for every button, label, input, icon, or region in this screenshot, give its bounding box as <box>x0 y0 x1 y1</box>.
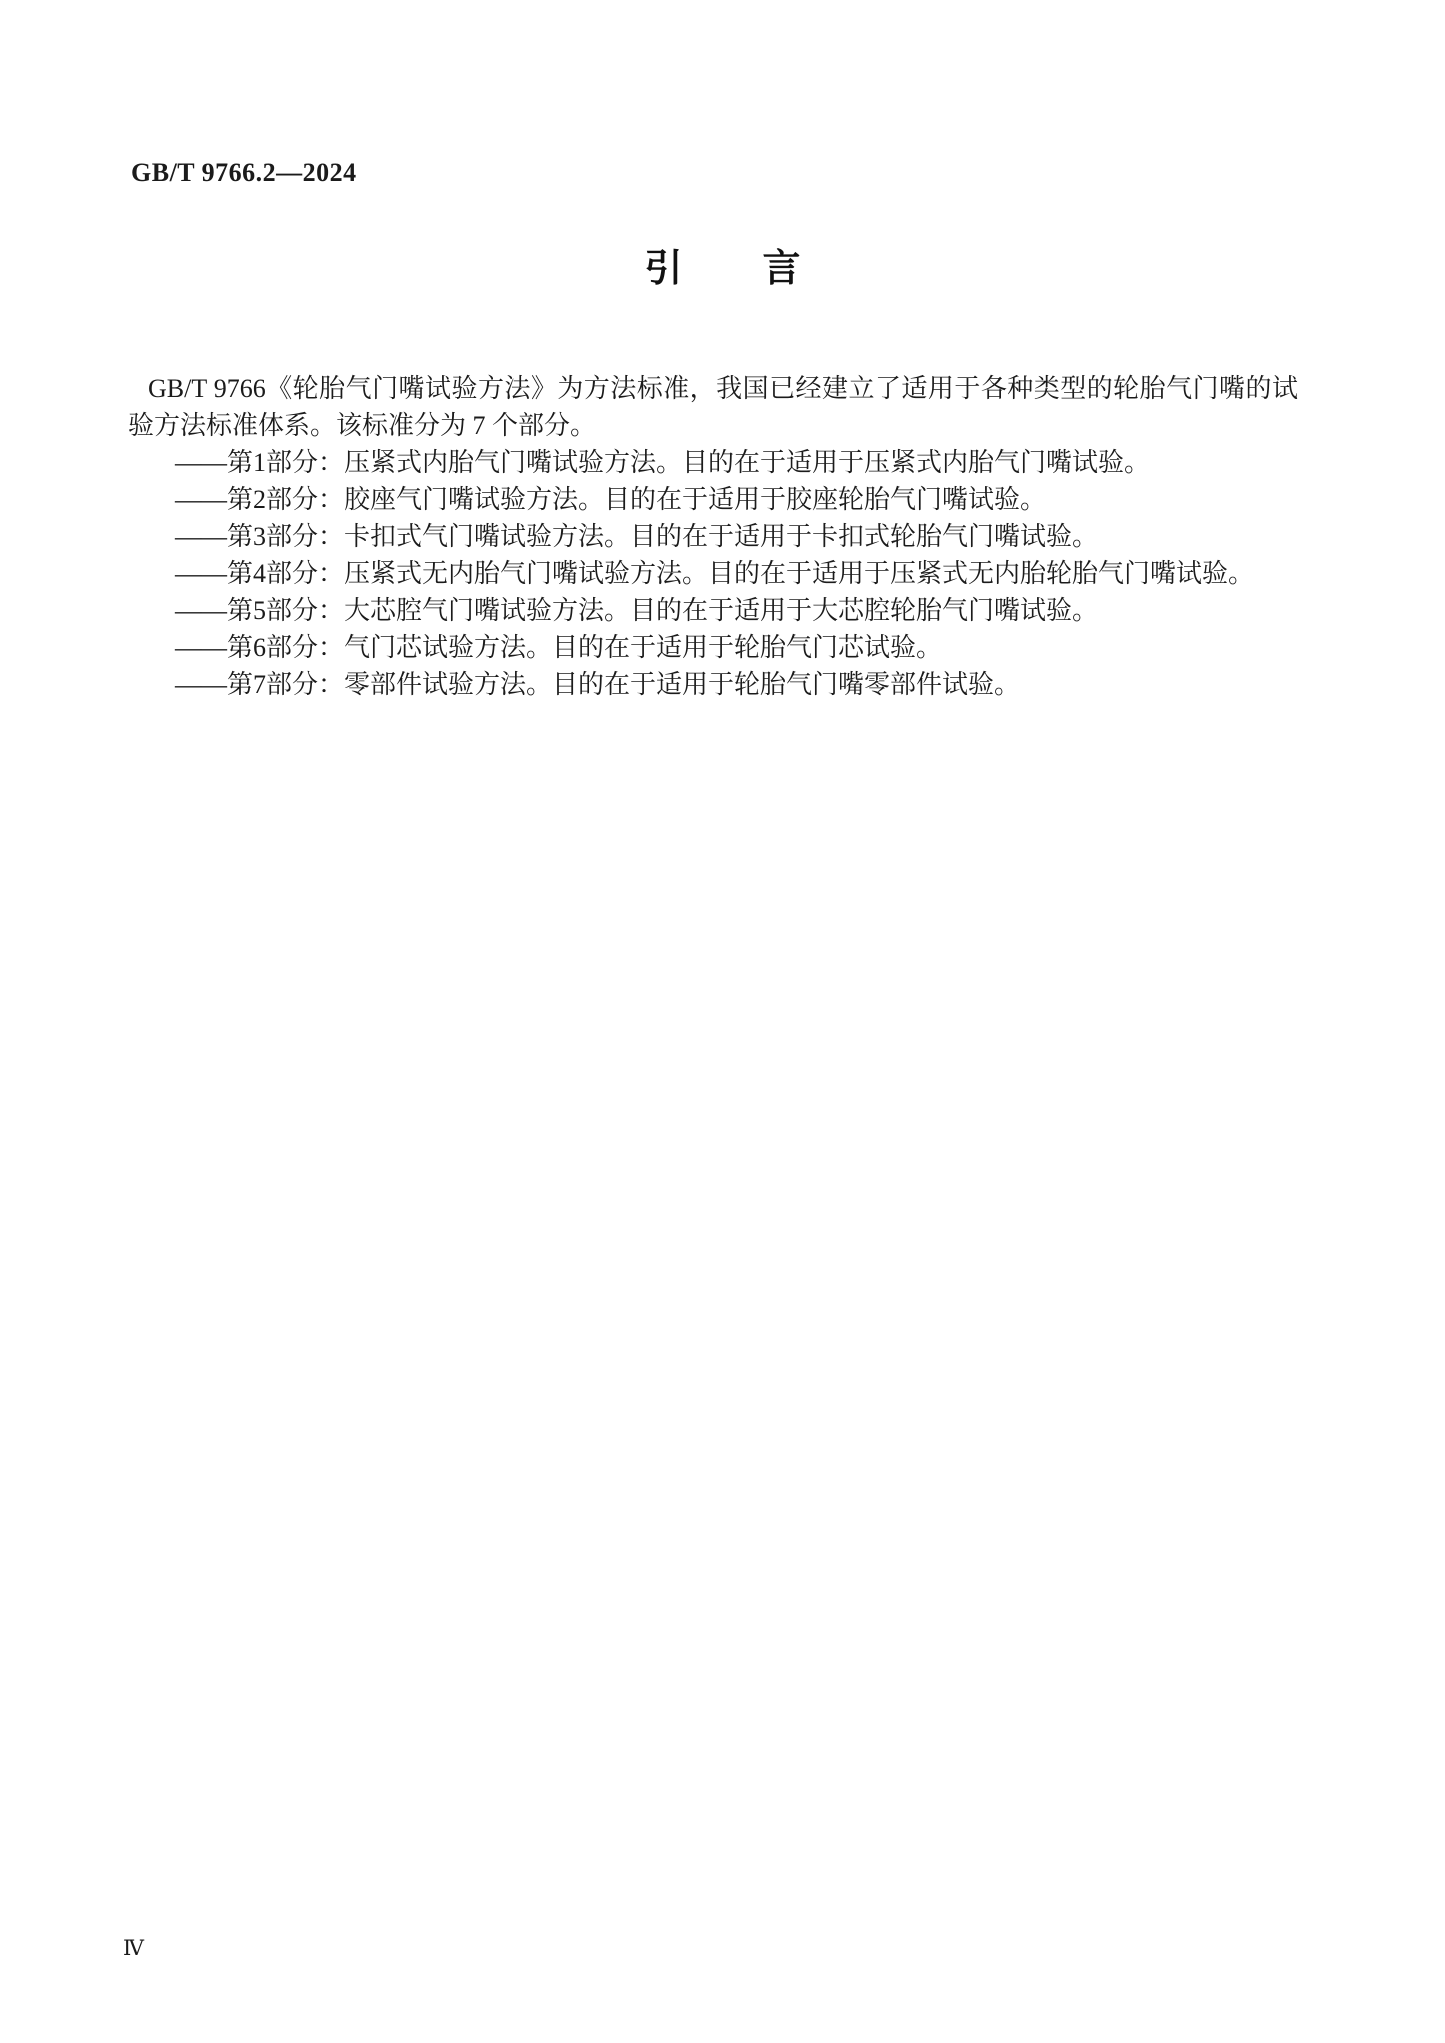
introduction-body: GB/T 9766《轮胎气门嘴试验方法》为方法标准，我国已经建立了适用于各种类型… <box>128 370 1298 703</box>
part-item-2: ——第2部分：胶座气门嘴试验方法。目的在于适用于胶座轮胎气门嘴试验。 <box>128 481 1298 518</box>
page-title-char-1: 引 <box>644 243 682 295</box>
part-item-6: ——第6部分：气门芯试验方法。目的在于适用于轮胎气门芯试验。 <box>128 629 1298 666</box>
intro-paragraph: GB/T 9766《轮胎气门嘴试验方法》为方法标准，我国已经建立了适用于各种类型… <box>128 370 1298 444</box>
part-item-7: ——第7部分：零部件试验方法。目的在于适用于轮胎气门嘴零部件试验。 <box>128 666 1298 703</box>
part-item-4: ——第4部分：压紧式无内胎气门嘴试验方法。目的在于适用于压紧式无内胎轮胎气门嘴试… <box>128 555 1298 592</box>
page-number: Ⅳ <box>123 1936 144 1961</box>
document-page: GB/T 9766.2—2024 引 言 GB/T 9766《轮胎气门嘴试验方法… <box>0 0 1445 2043</box>
standard-code: GB/T 9766.2—2024 <box>131 158 357 188</box>
part-item-5: ——第5部分：大芯腔气门嘴试验方法。目的在于适用于大芯腔轮胎气门嘴试验。 <box>128 592 1298 629</box>
part-item-1: ——第1部分：压紧式内胎气门嘴试验方法。目的在于适用于压紧式内胎气门嘴试验。 <box>128 444 1298 481</box>
part-item-3: ——第3部分：卡扣式气门嘴试验方法。目的在于适用于卡扣式轮胎气门嘴试验。 <box>128 518 1298 555</box>
page-title-char-2: 言 <box>763 243 801 295</box>
page-title: 引 言 <box>0 243 1445 295</box>
